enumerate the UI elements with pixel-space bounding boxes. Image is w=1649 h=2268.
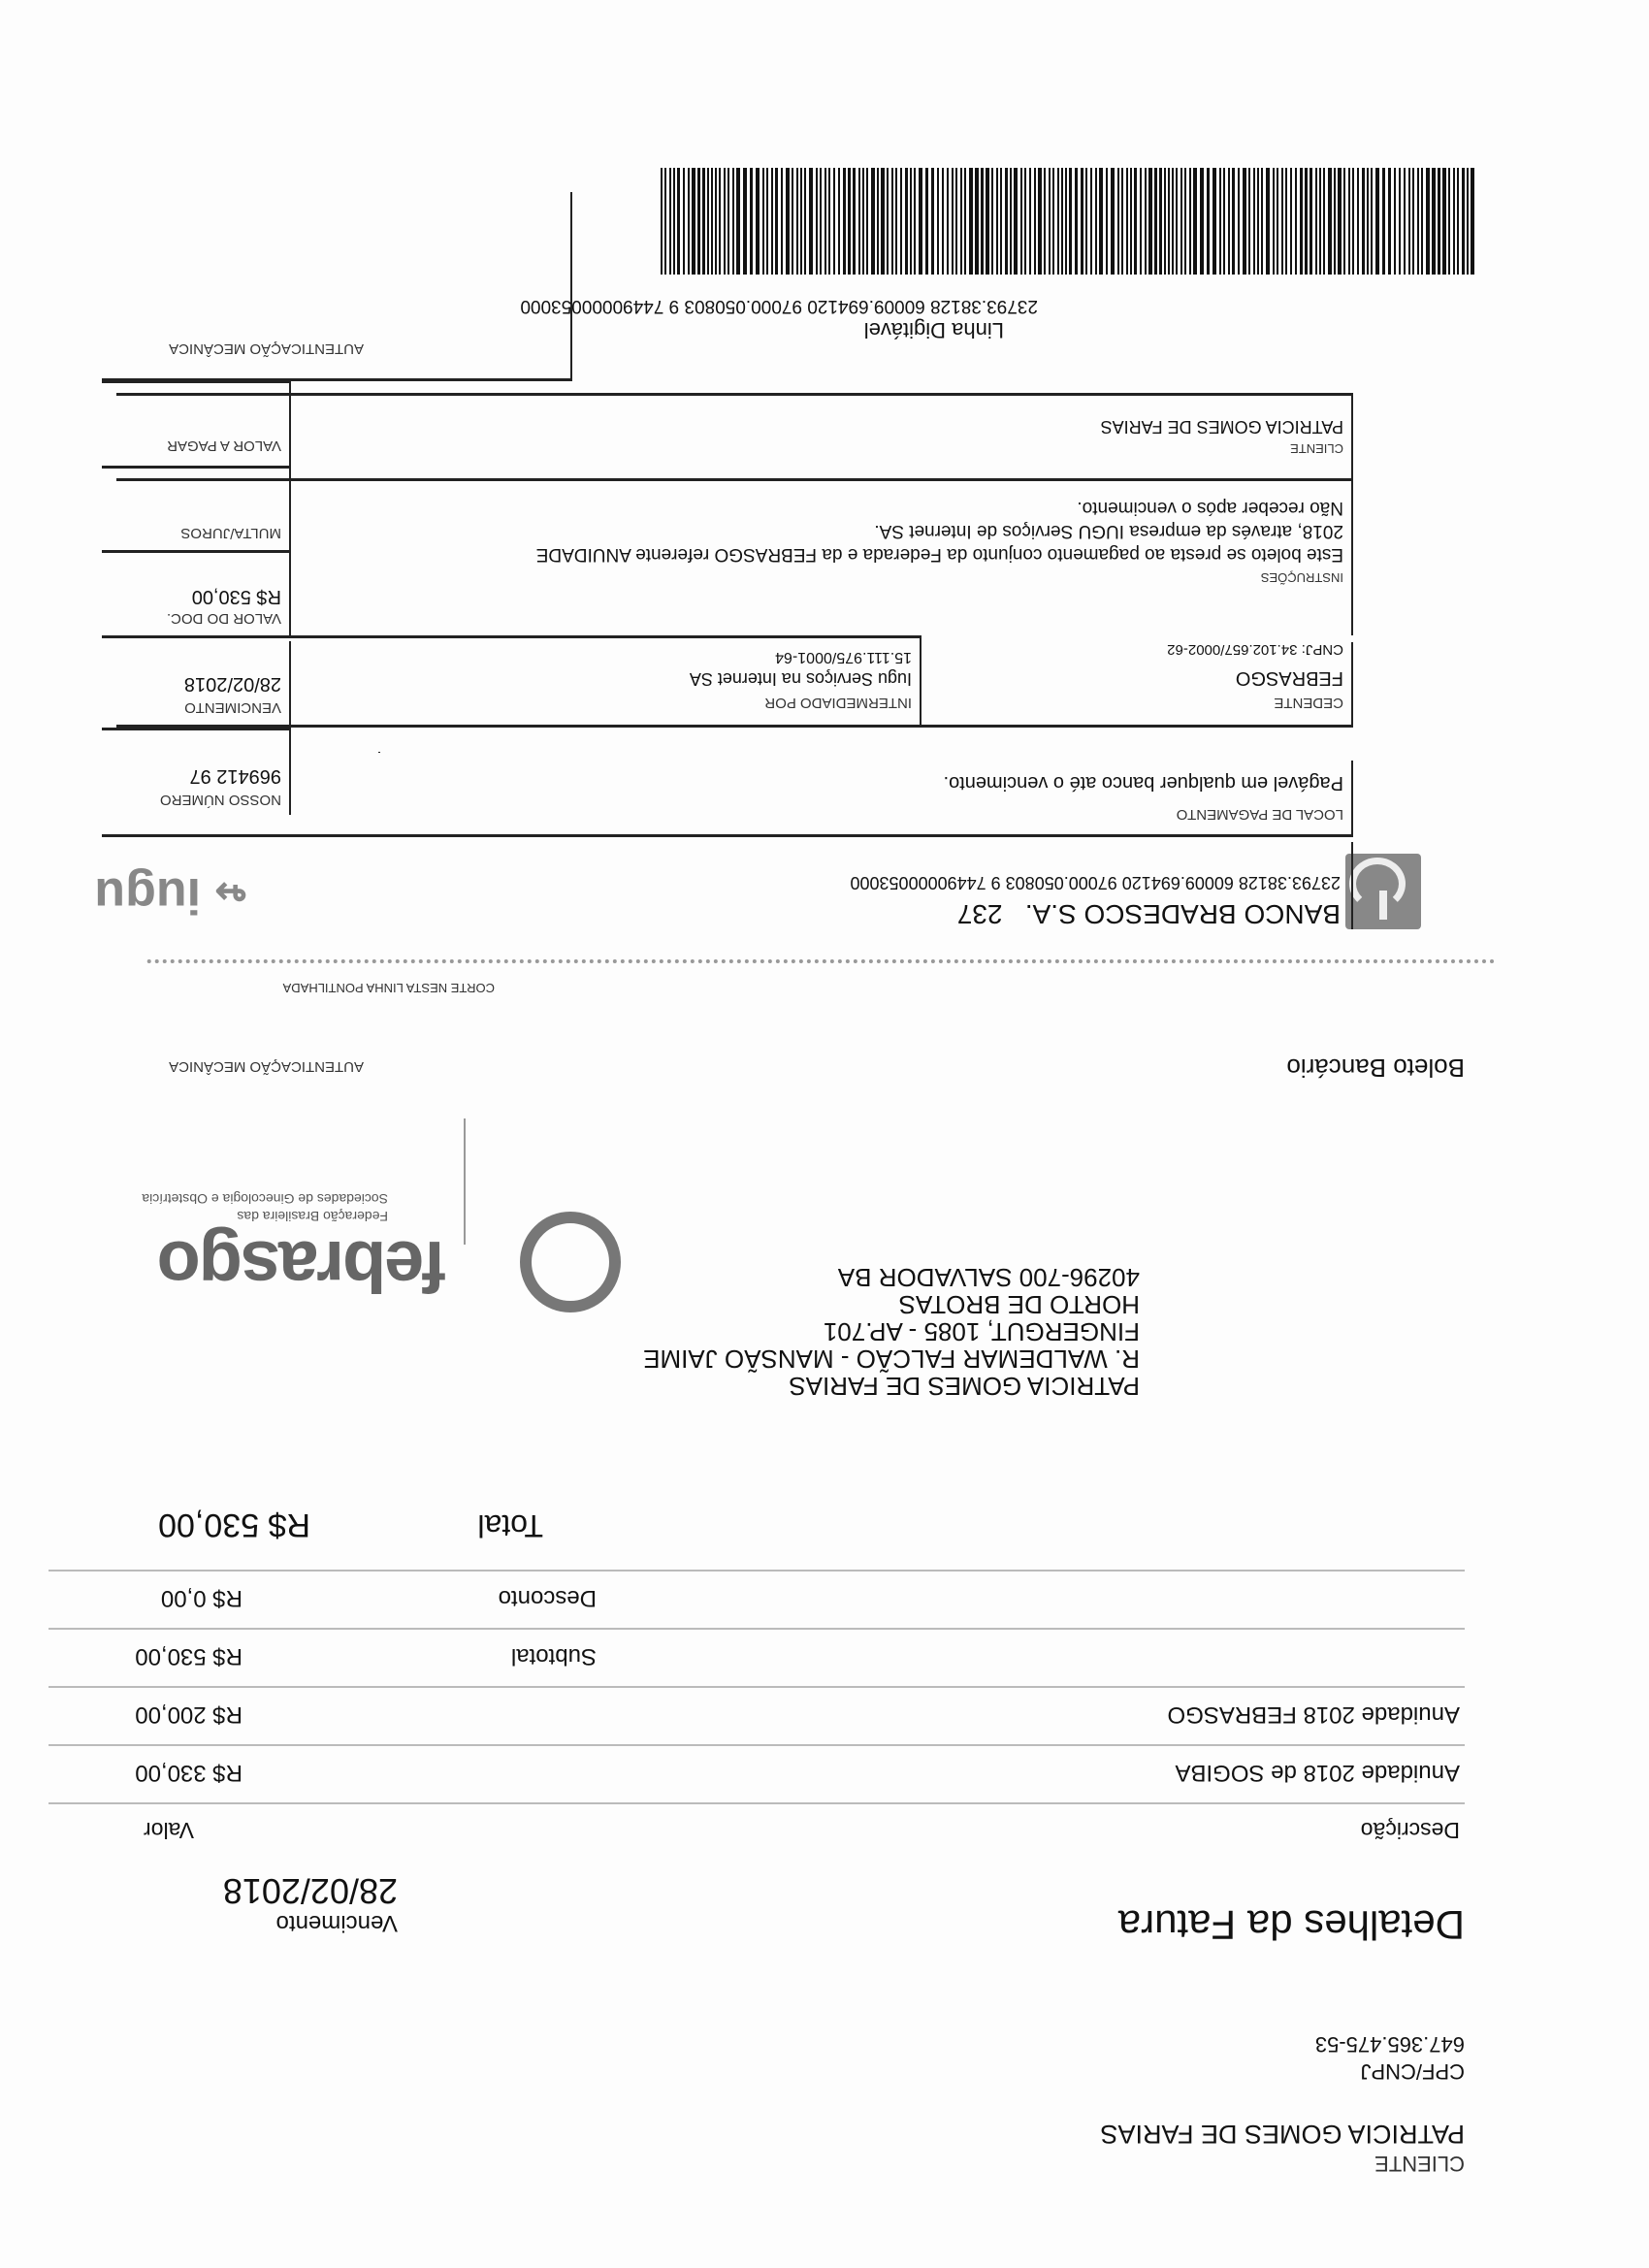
doc-value-label: VALOR DO DOC. (167, 610, 281, 627)
boleto-client-value: PATRICIA GOMES DE FARIAS (1101, 416, 1343, 437)
bank-code: 237 (957, 899, 1003, 929)
cpf-value: 647.365.475-53 (1315, 2031, 1465, 2057)
total-label: Total (477, 1507, 543, 1543)
instructions-label: INSTRUÇÕES (1261, 570, 1343, 585)
febrasgo-logo: febrasgo (158, 1225, 446, 1308)
assignor-cnpj: CNPJ: 34.102.657/0002-62 (1167, 641, 1343, 658)
row-value: R$ 330,00 (135, 1759, 242, 1786)
logo-divider (464, 1118, 466, 1245)
assignor-value: FEBRASGO (1236, 666, 1343, 689)
due-value: 28/02/2018 (223, 1870, 398, 1911)
digitable-line-label: Linha Digitável (864, 317, 1004, 342)
client-label: CLIENTE (1374, 2151, 1465, 2176)
our-number-value: 969412 97 (189, 764, 281, 787)
sogiba-logo-icon (520, 1212, 621, 1312)
instructions-text: Este boleto se presta ao pagamento conju… (536, 496, 1343, 566)
doc-value: R$ 530,00 (192, 585, 281, 607)
our-number-label: NOSSO NÚMERO (160, 792, 281, 808)
bank-name: BANCO BRADESCO S.A. 237 (957, 898, 1341, 929)
payment-place-value: Pagável em qualquer banco até o vencimen… (944, 771, 1344, 794)
subtotal-label: Subtotal (511, 1642, 597, 1669)
address-line: PATRICIA GOMES DE FARIAS (643, 1373, 1140, 1400)
receipt-title: Boleto Bancário (1286, 1053, 1465, 1083)
boleto-client-label: CLIENTE (1290, 441, 1343, 456)
fines-label: MULTA/JUROS (180, 525, 281, 541)
cut-line-label: CORTE NESTA LINHA PONTILHADA (283, 981, 495, 995)
address-line: R. WALDEMAR FALCÃO - MANSÃO JAIME (643, 1345, 1140, 1373)
iugu-logo: ↬ iugu (94, 866, 247, 924)
due-date-value: 28/02/2018 (184, 672, 281, 695)
intermediary-cnpj: 15.111.975/0001-64 (775, 648, 912, 665)
col-header-value: Valor (144, 1817, 194, 1843)
receipt-auth-label: AUTENTICAÇÃO MECÂNICA (169, 1058, 364, 1075)
invoice-title: Detalhes da Fatura (1118, 1901, 1465, 1948)
intermediary-label: INTERMEDIADO POR (764, 695, 912, 711)
barcode (650, 168, 1474, 275)
discount-value: R$ 0,00 (161, 1584, 242, 1611)
client-name: PATRICIA GOMES DE FARIAS (1100, 2119, 1465, 2149)
febrasgo-subtitle: Federação Brasileira das Sociedades de G… (142, 1190, 388, 1225)
bradesco-logo-icon (1345, 854, 1421, 929)
due-label: Vencimento (276, 1909, 398, 1936)
amount-due-label: VALOR A PAGAR (167, 437, 281, 454)
row-description: Anuidade 2018 de SOGIBA (1175, 1759, 1460, 1786)
address-line: FINGERGUT, 1085 - AP.701 (643, 1318, 1140, 1345)
cpf-label: CPF/CNPJ (1360, 2058, 1465, 2084)
address-line: HORTO DE BROTAS (643, 1291, 1140, 1318)
digitable-line-bottom: 23793.38128 60009.694120 97000.050803 9 … (520, 295, 1038, 316)
row-description: Anuidade 2018 FEBRASGO (1167, 1701, 1460, 1728)
payment-place-label: LOCAL DE PAGAMENTO (1177, 806, 1343, 823)
boleto-auth-label: AUTENTICAÇÃO MECÂNICA (169, 340, 364, 357)
assignor-label: CEDENTE (1274, 695, 1343, 711)
subtotal-value: R$ 530,00 (135, 1642, 242, 1669)
address-line: 40296-700 SALVADOR BA (643, 1264, 1140, 1291)
digitable-line-top: 23793.38128 60009.694120 97000.050803 9 … (850, 872, 1341, 892)
cut-line (145, 959, 1494, 963)
scanned-invoice-page: CLIENTE PATRICIA GOMES DE FARIAS CPF/CNP… (0, 0, 1649, 2268)
total-value: R$ 530,00 (158, 1506, 310, 1543)
client-address: PATRICIA GOMES DE FARIAS R. WALDEMAR FAL… (643, 1264, 1140, 1400)
row-value: R$ 200,00 (135, 1701, 242, 1728)
intermediary-value: Iugu Serviços na Internet SA (690, 668, 912, 689)
col-header-description: Descrição (1361, 1817, 1460, 1843)
discount-label: Desconto (499, 1584, 597, 1611)
due-date-label: VENCIMENTO (184, 699, 281, 716)
